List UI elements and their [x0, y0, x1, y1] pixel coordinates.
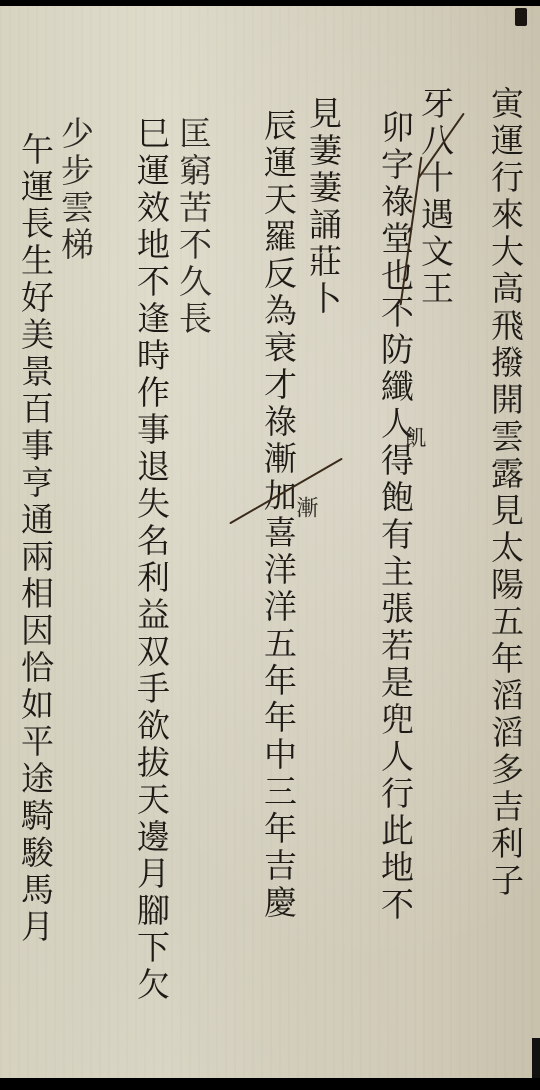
- text-column-8: 少步雲梯: [59, 116, 92, 264]
- manuscript-page: 寅運行來大高飛撥開雲露見太陽五年滔滔多吉利子 牙八十遇文王 卯字祿堂也不防纖人得…: [0, 6, 540, 1078]
- text-column-2: 牙八十遇文王: [419, 86, 452, 308]
- annotation-2: 漸: [290, 496, 321, 518]
- text-column-6: 匡窮苦不久長: [177, 116, 210, 338]
- text-column-3: 卯字祿堂也不防纖人得飽有主張若是兜人行此地不: [379, 110, 412, 924]
- ink-spot: [515, 8, 527, 26]
- annotation-1: 飢: [398, 426, 429, 448]
- text-column-1: 寅運行來大高飛撥開雲露見太陽五年滔滔多吉利子: [489, 86, 522, 900]
- text-column-7: 巳運效地不逢時作事退失名利益双手欲拔天邊月腳下欠: [135, 116, 168, 1004]
- text-column-4: 見萋萋誦莊卜: [307, 96, 340, 318]
- page-edge-shadow: [532, 1038, 540, 1078]
- text-column-9: 午運長生好美景百事亨通兩相因恰如平途騎駿馬月: [19, 132, 52, 946]
